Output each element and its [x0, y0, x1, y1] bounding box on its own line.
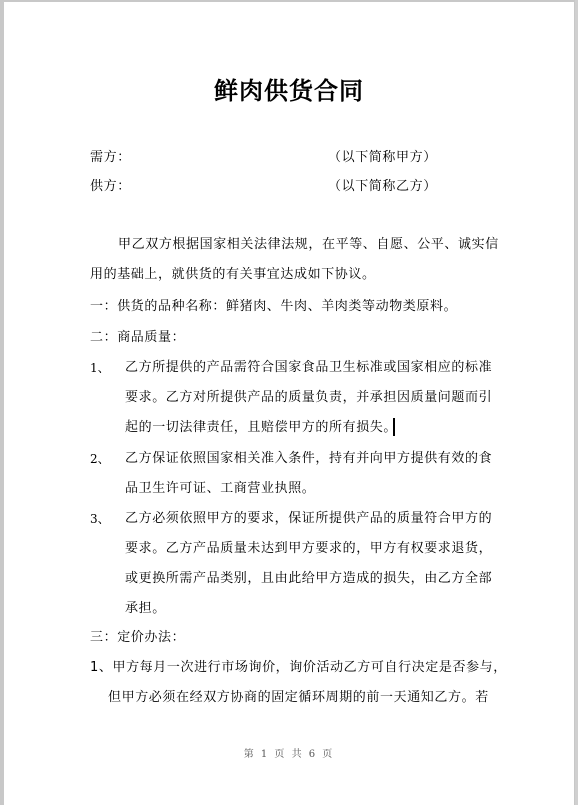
text-cursor	[393, 418, 395, 436]
item-line: 品卫生许可证、工商营业执照。	[125, 480, 315, 498]
preamble-line: 用的基础上，就供货的有关事宜达成如下协议。	[90, 266, 376, 284]
item-number: 1、	[90, 359, 110, 377]
item-line: 1、甲方每月一次进行市场询价，询价活动乙方可自行决定是否参与，	[90, 659, 507, 677]
party-buyer-label: 需方：	[90, 149, 131, 167]
party-supplier-note: （以下简称乙方）	[328, 178, 437, 196]
preamble-line: 甲乙双方根据国家相关法律法规，在平等、自愿、公平、诚实信	[118, 236, 499, 254]
item-line: 承担。	[125, 600, 166, 618]
item-line: 乙方必须依照甲方的要求，保证所提供产品的质量符合甲方的	[125, 510, 492, 528]
section-3-heading: 三：定价办法：	[90, 629, 185, 647]
item-line: 或更换所需产品类别，且由此给甲方造成的损失，由乙方全部	[125, 570, 492, 588]
document-title: 鲜肉供货合同	[0, 75, 578, 107]
item-line: 乙方所提供的产品需符合国家食品卫生标准或国家相应的标准	[125, 359, 492, 377]
item-line: 但甲方必须在经双方协商的固定循环周期的前一天通知乙方。若	[108, 689, 489, 707]
section-2-heading: 二：商品质量：	[90, 329, 185, 347]
party-supplier-label: 供方：	[90, 178, 131, 196]
party-buyer-note: （以下简称甲方）	[328, 149, 437, 167]
item-line: 起的一切法律责任，且赔偿甲方的所有损失。	[125, 419, 397, 437]
item-line: 乙方保证依照国家相关准入条件，持有并向甲方提供有效的食	[125, 450, 492, 468]
item-line: 要求。乙方对所提供产品的质量负责，并承担因质量问题而引	[125, 389, 492, 407]
item-line: 要求。乙方产品质量未达到甲方要求的，甲方有权要求退货，	[125, 540, 492, 558]
item-number: 3、	[90, 510, 110, 528]
item-number: 2、	[90, 450, 110, 468]
page-indicator: 第 1 页 共 6 页	[0, 745, 578, 760]
section-1: 一：供货的品种名称：鲜猪肉、牛肉、羊肉类等动物类原料。	[90, 298, 457, 316]
